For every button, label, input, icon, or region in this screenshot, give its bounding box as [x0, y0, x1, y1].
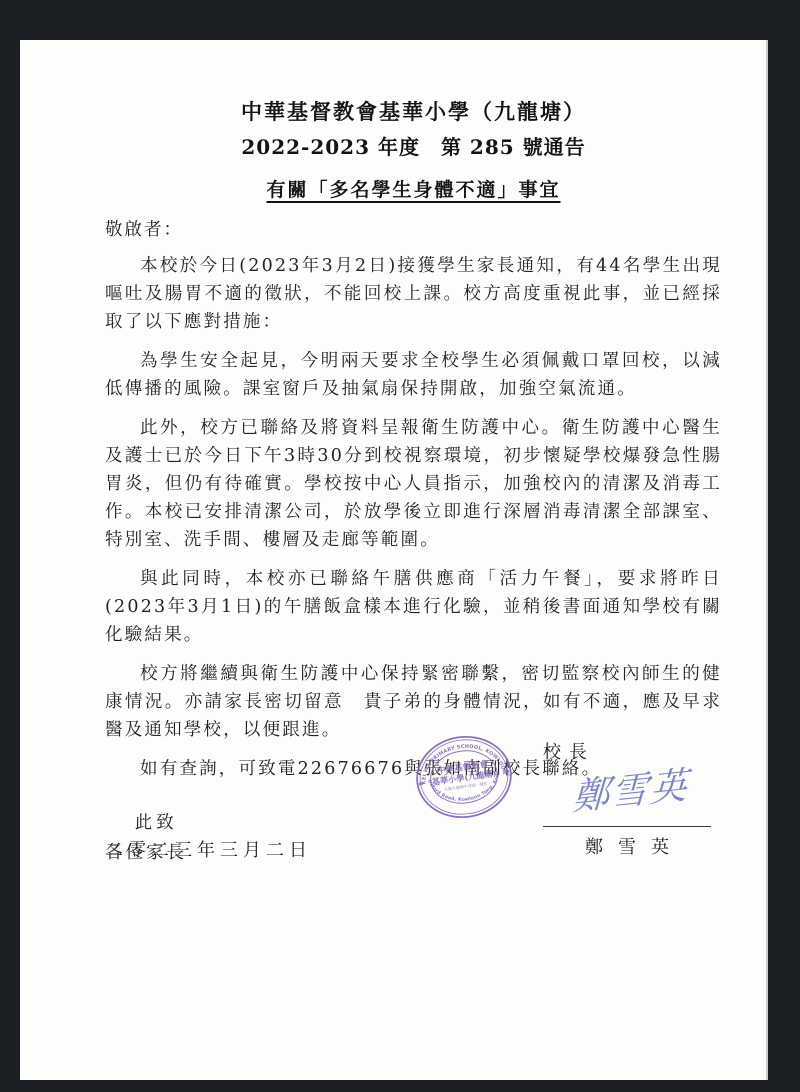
notice-number-line: 2022-2023 年度 第 285 號通告: [105, 131, 722, 160]
body-paragraph: 本校於今日(2023年3月2日)接獲學生家長通知，有44名學生出現嘔吐及腸胃不適…: [105, 252, 722, 336]
notice-page: 中華基督教會基華小學（九龍塘） 2022-2023 年度 第 285 號通告 有…: [20, 40, 768, 1080]
notice-subject-text: 有關「多名學生身體不適」事宜: [266, 179, 560, 201]
body-paragraph: 與此同時，本校亦已聯絡午膳供應商「活力午餐」，要求將昨日(2023年3月1日)的…: [105, 565, 722, 649]
notice-subject: 有關「多名學生身體不適」事宜: [105, 175, 722, 202]
salutation: 敬啟者：: [105, 216, 722, 241]
stamp-star-right-icon: ✱: [505, 768, 511, 776]
screenshot-root: { "page": { "background_color": "#1b1e22…: [0, 0, 800, 1092]
signature-block: 校長 鄭雪英 鄭雪英: [543, 738, 711, 859]
school-name: 中華基督教會基華小學（九龍塘）: [105, 96, 722, 126]
body-paragraph: 此外，校方已聯絡及將資料呈報衛生防護中心。衛生防護中心醫生及護士已於今日下午3時…: [105, 414, 722, 554]
notice-date: 二零二三年三月二日: [105, 836, 312, 862]
body-paragraph: 為學生安全起見，今明兩天要求全校學生必須佩戴口罩回校，以減低傳播的風險。課室窗戶…: [105, 347, 722, 403]
stamp-star-left-icon: ✱: [418, 781, 424, 789]
body-paragraph: 校方將繼續與衛生防護中心保持緊密聯繫，密切監察校內師生的健康情況。亦請家長密切留…: [105, 660, 722, 744]
principal-name: 鄭雪英: [543, 827, 711, 859]
school-stamp: C.C.C. KEI WA PRIMARY SCHOOL, KOWLOON TO…: [409, 727, 520, 826]
